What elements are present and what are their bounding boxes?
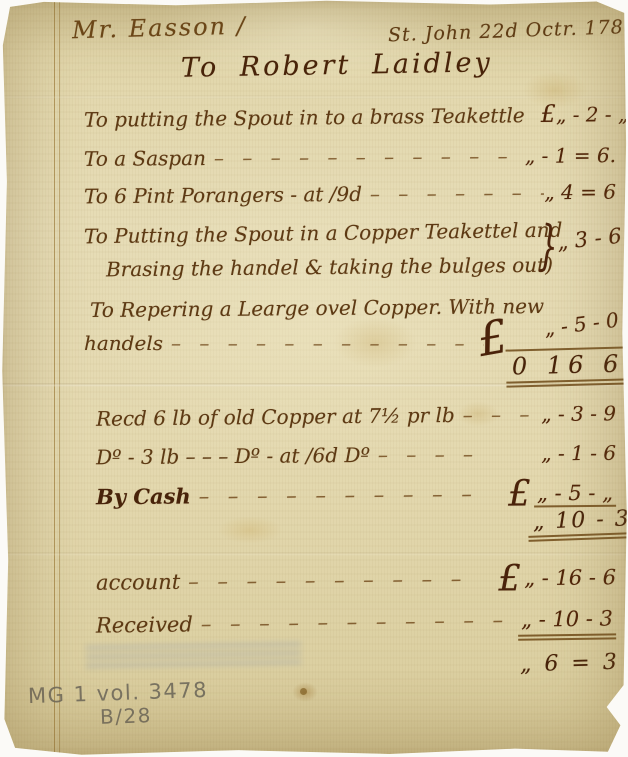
fold-crease — [0, 552, 628, 556]
credit-line: By Cash – – – – – – – – – – £ „ - 5 - „ — [96, 480, 616, 512]
archival-folder-note: B/28 — [100, 703, 153, 729]
credit-description: Recd 6 lb of old Copper at 7½ pr lb — [96, 403, 455, 431]
currency-symbol: £ — [540, 100, 556, 128]
credit-amount: „ - 5 - „ — [534, 481, 616, 508]
leader-dashes: – – – – – – – – – – – – — [163, 331, 484, 355]
credit-line: Recd 6 lb of old Copper at 7½ pr lb – – … — [96, 401, 616, 430]
charge-line: handels – – – – – – – – – – – – — [84, 331, 484, 355]
charge-description: To Putting the Spout in a Copper Teakett… — [84, 218, 563, 249]
leader-dashes: – – – – – – – – – – – – – – – — [206, 144, 525, 170]
stain-spot — [300, 688, 307, 695]
stain-spot — [215, 515, 285, 545]
account-label: account — [96, 570, 180, 595]
charge-description: handels — [84, 331, 163, 355]
total-currency-symbol: £ — [478, 335, 507, 340]
leader-dashes: – – – – — [455, 402, 542, 427]
charge-description: Brasing the handel & taking the bulges o… — [106, 253, 553, 282]
charge-amount: „ 4 = 6 — [544, 180, 616, 205]
leader-dashes: – – – – — [370, 441, 542, 466]
stain-spot — [292, 682, 318, 702]
charge-line: To 6 Pint Porangers - at /9d – – – – – –… — [84, 180, 616, 209]
received-line: Received – – – – – – – – – – – „ - 10 - … — [96, 606, 616, 646]
place-and-date: St. John 22d Octr. 1788 — [388, 16, 628, 47]
leader-dashes: – – – – – – – – – – – — [362, 180, 545, 206]
addressee-name: Mr. Easson / — [72, 12, 247, 45]
received-label: Received — [96, 612, 193, 637]
charge-amount: „ - 1 = 6. — [525, 143, 616, 168]
account-line: account – – – – – – – – – – £ „ - 16 - 6 — [96, 565, 616, 594]
credit-description: By Cash — [96, 483, 191, 509]
manuscript-paper: Mr. Easson / St. John 22d Octr. 1788 To … — [0, 0, 628, 757]
balance-amount: „ 6 = 3 — [520, 650, 620, 678]
margin-rule-line — [54, 0, 60, 757]
credit-amount: „ - 3 - 9 — [541, 401, 616, 426]
scanned-manuscript-receipt: Mr. Easson / St. John 22d Octr. 1788 To … — [0, 0, 628, 757]
credit-amount: „ - 1 - 6 — [541, 441, 616, 466]
credit-description: Dº - 3 lb – – – Dº - at /6d Dº — [96, 443, 370, 469]
leader-dashes: – – – – – – – – – – – — [193, 608, 519, 637]
leader-dashes: – – – – – – – – – – — [191, 482, 509, 509]
charges-total-amount: 0 16 6 — [506, 346, 628, 387]
payee-title: To Robert Laidley — [181, 47, 493, 83]
credit-line: Dº - 3 lb – – – Dº - at /6d Dº – – – – „… — [96, 441, 616, 470]
charge-amount: „ - 2 - „ — [556, 102, 628, 127]
charge-amount: „ 3 - 6 — [556, 224, 623, 255]
fold-crease — [0, 95, 628, 99]
charge-amount: „ - 5 - 0 — [543, 308, 620, 341]
charge-description: To putting the Spout in to a brass Teake… — [84, 103, 525, 132]
charge-line: To a Saspan – – – – – – – – – – – – – – … — [84, 143, 616, 171]
charge-description: To a Saspan — [84, 146, 206, 171]
leader-dashes: – – – – – – – – – – — [180, 567, 498, 594]
grouping-brace: } — [538, 213, 559, 278]
received-amount: „ - 10 - 3 — [518, 606, 616, 640]
credits-subtotal-amount: „ 10 - 3 — [527, 505, 628, 542]
account-amount: „ - 16 - 6 — [524, 565, 616, 590]
charge-line: To putting the Spout in to a brass Teake… — [84, 99, 616, 133]
charge-description: To 6 Pint Porangers - at /9d — [84, 182, 362, 208]
